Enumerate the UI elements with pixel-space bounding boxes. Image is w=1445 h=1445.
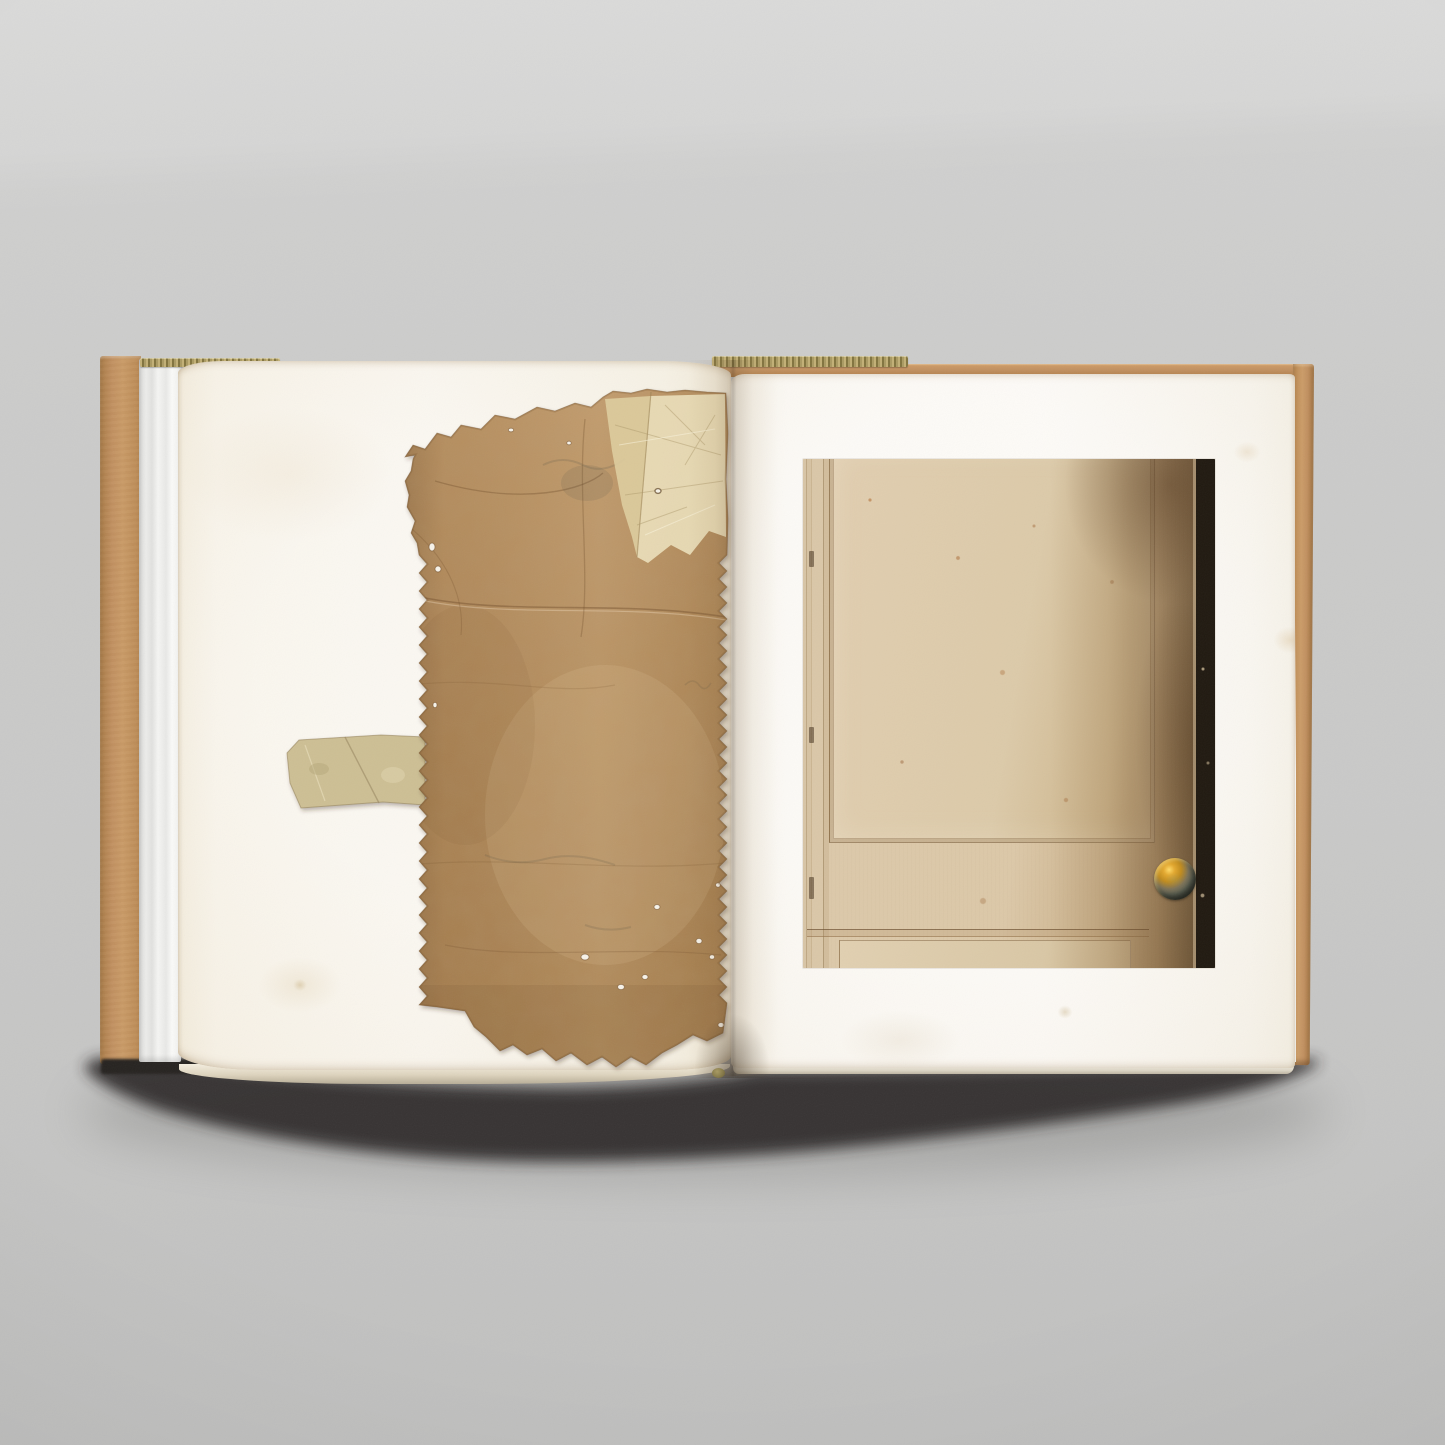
page-block-edges bbox=[139, 359, 181, 1062]
torn-kraft-paper-artwork bbox=[285, 385, 735, 1080]
door-photograph bbox=[803, 459, 1215, 968]
spine-headband-right bbox=[712, 356, 908, 367]
doorknob-patina bbox=[1163, 871, 1185, 888]
backdrop-highlight bbox=[0, 0, 1445, 260]
book-cover-left-texture bbox=[100, 356, 141, 1064]
tape-strip bbox=[287, 735, 425, 808]
kraft-paper-detail bbox=[385, 385, 735, 1080]
spine-tail-knot bbox=[712, 1068, 725, 1078]
book-product-photo bbox=[0, 0, 1445, 1445]
